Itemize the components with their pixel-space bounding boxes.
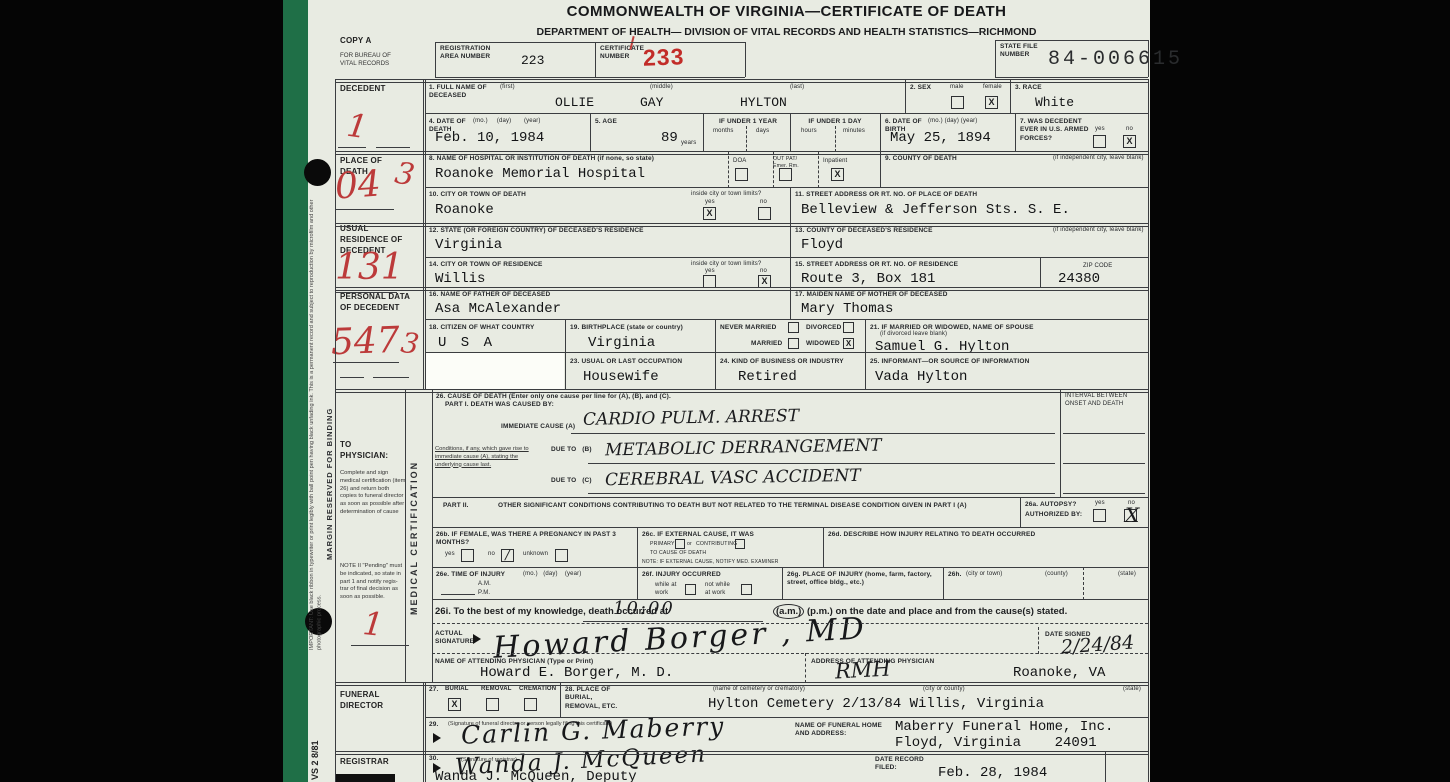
field15-value: Route 3, Box 181 (801, 272, 935, 287)
state-file-label: STATE FILE NUMBER (1000, 43, 1042, 60)
conditions-note: Conditions, if any, which gave rise to i… (435, 446, 540, 469)
field26b-unknown-hint: unknown (523, 551, 548, 559)
grid-line (590, 113, 591, 152)
field8-value: Roanoke Memorial Hospital (435, 167, 645, 182)
field26a-label: 26a. AUTOPSY? (1025, 501, 1076, 509)
grid-line (818, 151, 819, 188)
field26i-post: on the date and place and from the cause… (835, 606, 1067, 617)
cause-b-handwriting: METABOLIC DERRANGEMENT (605, 438, 882, 460)
grid-line (865, 319, 866, 355)
grid-line (790, 287, 791, 320)
part1-label: PART I. DEATH WAS CAUSED BY: (445, 401, 554, 409)
field10-limits-hint: inside city or town limits? (691, 191, 761, 199)
checkbox-inpatient: X (831, 168, 844, 181)
grid-line (1148, 40, 1149, 77)
grid-line (790, 223, 791, 258)
checkbox-armed-forces-no: X (1123, 135, 1136, 148)
field1-label: 1. FULL NAME OF DECEASED (429, 84, 489, 101)
field12-label: 12. STATE (OR FOREIGN COUNTRY) OF DECEAS… (429, 227, 644, 235)
field24-value: Retired (738, 370, 797, 385)
grid-line (1060, 389, 1061, 498)
field7-label: 7. WAS DECEDENT EVER IN U.S. ARMED FORCE… (1020, 118, 1092, 143)
checkbox-autopsy-yes (1093, 509, 1106, 522)
field26c-note: NOTE: IF EXTERNAL CAUSE, NOTIFY MED. EXA… (642, 559, 779, 566)
grid-line (432, 567, 1148, 568)
section-personal: PERSONAL DATA OF DECEDENT (340, 292, 410, 314)
red-mark-decedent: 1 (345, 109, 370, 144)
grid-line (335, 389, 1148, 393)
field25-value: Vada Hylton (875, 370, 967, 385)
grid-line (943, 567, 944, 600)
grid-line (588, 463, 1055, 464)
grid-line (335, 151, 1148, 155)
inpatient-hint: Inpatient (823, 158, 847, 166)
grid-line (432, 389, 433, 683)
red-mark-place-2: 3 (393, 159, 417, 192)
field23-value: Housewife (583, 370, 659, 385)
grid-line (565, 319, 566, 355)
grid-line (1105, 751, 1106, 782)
grid-line (880, 113, 881, 152)
grid-line (571, 433, 1055, 434)
grid-line (335, 292, 397, 293)
certificate-number-label: CERTIFICATE NUMBER (600, 45, 648, 62)
under1year-months: months (713, 128, 734, 136)
grid-line (435, 42, 436, 77)
scanned-death-certificate: IMPORTANT: Use black ribbon in typewrite… (0, 0, 1450, 782)
binding-strip (283, 0, 308, 782)
checkbox-armed-forces-yes (1093, 135, 1106, 148)
certificate-paper: IMPORTANT: Use black ribbon in typewrite… (283, 0, 1150, 782)
grid-line (335, 751, 1148, 755)
field10-label: 10. CITY OR TOWN OF DEATH (429, 191, 526, 199)
field3-label: 3. RACE (1015, 84, 1042, 92)
grid-line (425, 352, 1148, 353)
field1-middle-hint: (middle) (650, 84, 673, 92)
grid-line (588, 493, 1055, 494)
field2-male-hint: male (950, 84, 964, 92)
removal-label: REMOVAL (481, 686, 512, 694)
under1year-label: IF UNDER 1 YEAR (708, 118, 788, 126)
under1day-hours: hours (801, 128, 817, 136)
state-file-value: 84-006615 (1048, 48, 1183, 71)
grid-line (715, 319, 716, 355)
checkbox-pregnancy-yes (461, 549, 474, 562)
under1year-days: days (756, 128, 769, 136)
checkbox-death-city-limits-no (758, 207, 771, 220)
grid-line (340, 377, 364, 378)
field10-yes-hint: yes (705, 199, 715, 207)
grid-line (773, 151, 774, 188)
field26f-label: 26f. INJURY OCCURRED (642, 571, 721, 579)
grid-line (637, 567, 638, 600)
red-mark-personal: 547 (330, 323, 400, 361)
grid-line (432, 623, 1148, 624)
checkbox-external-primary (675, 539, 685, 549)
grid-line (373, 377, 409, 378)
bottom-black-bar (335, 774, 395, 782)
grid-line (1063, 493, 1145, 494)
field26b-yes-hint: yes (445, 551, 455, 559)
field14-value: Willis (435, 272, 485, 287)
funeral-home-label: NAME OF FUNERAL HOME AND ADDRESS: (795, 722, 883, 739)
checkbox-external-contributing (735, 539, 745, 549)
field10-no-hint: no (760, 199, 767, 207)
field21-value: Samuel G. Hylton (875, 340, 1009, 355)
grid-line (335, 682, 1148, 686)
section-registrar: REGISTRAR (340, 757, 389, 768)
field16-value: Asa McAlexander (435, 302, 561, 317)
field26d-label: 26d. DESCRIBE HOW INJURY RELATING TO DEA… (828, 531, 1128, 539)
checkbox-while-at-work (685, 584, 696, 595)
interval-label: INTERVAL BETWEEN ONSET AND DEATH (1065, 393, 1143, 409)
grid-line (335, 287, 1148, 291)
field8-label: 8. NAME OF HOSPITAL OR INSTITUTION OF DE… (429, 155, 719, 163)
grid-line (1040, 257, 1041, 288)
grid-line (823, 527, 824, 568)
grid-line (865, 352, 866, 390)
grid-line (995, 40, 996, 77)
checkbox-pregnancy-no: / (501, 549, 514, 562)
checkbox-autopsy-no: X (1124, 509, 1137, 522)
field4-value: Feb. 10, 1984 (435, 131, 544, 146)
cause-a-handwriting: CARDIO PULM. ARREST (583, 408, 799, 429)
field6-sub: (mo.) (day) (year) (928, 118, 977, 126)
field29-number: 29. (429, 721, 439, 729)
field21-hint: (if divorced leave blank) (880, 331, 947, 339)
funeral-signature-arrow-icon (433, 733, 441, 743)
to-physician-note: Complete and sign medical certification … (340, 470, 406, 517)
field9-hint: (if independent city, leave blank) (1053, 155, 1144, 163)
pending-note: NOTE II "Pending" must be indicated, so … (340, 563, 406, 602)
field18-value: U S A (438, 336, 495, 351)
part2-text: OTHER SIGNIFICANT CONDITIONS CONTRIBUTIN… (498, 502, 978, 510)
certificate-subtitle: DEPARTMENT OF HEALTH— DIVISION OF VITAL … (425, 26, 1148, 38)
red-mark-residence: 131 (335, 250, 404, 286)
field26h-city-hint: (city or town) (966, 571, 1002, 579)
cremation-label: CREMATION (519, 686, 556, 694)
grid-line (995, 40, 1148, 41)
field14-limits-hint: inside city or town limits? (691, 261, 761, 269)
physician-address-handwriting: RMH (834, 659, 891, 683)
red-mark-note: 1 (361, 607, 385, 641)
grid-line (432, 527, 1148, 528)
checkbox-sex-male (951, 96, 964, 109)
field26e-sub: (mo.) (day) (year) (523, 571, 581, 579)
grid-line (1063, 463, 1145, 464)
grid-line (338, 147, 366, 148)
grid-line (790, 113, 791, 152)
grid-line (715, 352, 716, 390)
field28-hint2: (city or county) (923, 686, 965, 694)
field26g-label: 26g. PLACE OF INJURY (home, farm, factor… (787, 571, 932, 588)
field1-last-value: HYLTON (740, 96, 787, 110)
field5-value: 89 (661, 131, 678, 146)
field2-label: 2. SEX (910, 84, 931, 92)
grid-line (560, 682, 561, 718)
grid-line (905, 79, 906, 114)
funeral-home-name: Maberry Funeral Home, Inc. (895, 720, 1113, 735)
grid-line (435, 42, 745, 43)
checkbox-never-married (788, 322, 799, 333)
grid-line (425, 319, 1148, 320)
field3-value: White (1035, 96, 1074, 110)
grid-line (745, 42, 746, 77)
physician-city-value: Roanoke, VA (1013, 666, 1105, 681)
field28-hint1: (name of cemetery or crematory) (713, 686, 805, 694)
certificate-number-stamp: 233 (643, 43, 685, 71)
field5-label: 5. AGE (595, 118, 617, 126)
field1-first-hint: (first) (500, 84, 515, 92)
field6-value: May 25, 1894 (890, 131, 991, 146)
field13-label: 13. COUNTY OF DECEASED'S RESIDENCE (795, 227, 933, 235)
grid-line (405, 389, 406, 683)
field20-never-label: NEVER MARRIED (720, 324, 776, 332)
field7-yes-hint: yes (1095, 126, 1105, 134)
immediate-cause-label: IMMEDIATE CAUSE (A) (501, 423, 575, 431)
grid-line (1083, 567, 1084, 600)
grid-line (728, 151, 729, 188)
field14-label: 14. CITY OR TOWN OF RESIDENCE (429, 261, 543, 269)
form-number: VS 2 8/81 (310, 700, 322, 780)
grid-line (565, 352, 566, 390)
copy-label: COPY A (340, 36, 371, 47)
field20-widowed-label: WIDOWED (806, 340, 840, 348)
doa-hint: DOA (733, 158, 746, 166)
registrar-typed-name: Wanda J. McQueen, Deputy (435, 770, 637, 782)
field26e-pm: P.M. (478, 590, 490, 598)
field11-value: Belleview & Jefferson Sts. S. E. (801, 203, 1070, 218)
field11-label: 11. STREET ADDRESS OR RT. NO. OF PLACE O… (795, 191, 977, 199)
checkbox-widowed: X (843, 338, 854, 349)
death-time-handwriting: 10:00 (613, 600, 675, 618)
grid-line (703, 113, 704, 152)
field20-married-label: MARRIED (751, 340, 782, 348)
signature-arrow-icon (473, 634, 481, 644)
grid-line (333, 362, 399, 363)
grid-line (335, 79, 1148, 83)
field20-divorced-label: DIVORCED (806, 324, 842, 332)
grid-line (336, 209, 394, 210)
checkbox-burial: X (448, 698, 461, 711)
bureau-label: FOR BUREAU OF VITAL RECORDS (340, 52, 395, 69)
section-funeral-director: FUNERAL DIRECTOR (340, 690, 400, 712)
grid-line (376, 147, 410, 148)
grid-line (805, 653, 806, 683)
field26c-tocause: TO CAUSE OF DEATH (650, 550, 706, 557)
field5-unit: years (681, 140, 696, 148)
grid-line (746, 126, 747, 152)
actual-signature-label: ACTUAL SIGNATURE (435, 630, 475, 647)
field10-value: Roanoke (435, 203, 494, 218)
checkbox-divorced (843, 322, 854, 333)
grid-line (435, 77, 745, 78)
grid-line (880, 151, 881, 188)
field26h-label: 26h. (948, 571, 962, 579)
grid-line (423, 79, 426, 390)
grid-line (432, 497, 1148, 498)
checkbox-cremation (524, 698, 537, 711)
cause-c-handwriting: CEREBRAL VASC ACCIDENT (605, 468, 861, 489)
date-filed-value: Feb. 28, 1984 (938, 766, 1047, 781)
grid-line (1020, 497, 1021, 528)
checkbox-married (788, 338, 799, 349)
grid-line (441, 594, 475, 595)
field1-middle-value: GAY (640, 96, 663, 110)
field26c-primary: PRIMARY (650, 541, 675, 548)
field26b-label: 26b. IF FEMALE, WAS THERE A PREGNANCY IN… (436, 531, 626, 548)
grid-line (1038, 627, 1039, 654)
registration-area-value: 223 (521, 54, 544, 68)
field23-label: 23. USUAL OR LAST OCCUPATION (570, 358, 682, 366)
field16-label: 16. NAME OF FATHER OF DECEASED (429, 291, 550, 299)
checkbox-sex-female: X (985, 96, 998, 109)
grid-line (790, 187, 791, 224)
field26c-or: or (687, 541, 692, 548)
field28-hint3: (state) (1123, 686, 1141, 694)
grid-line (425, 717, 1148, 718)
field15-label: 15. STREET ADDRESS OR RT. NO. OF RESIDEN… (795, 261, 958, 269)
grid-line (790, 257, 791, 288)
grid-line (1015, 113, 1016, 152)
date-filed-label: DATE RECORD FILED: (875, 756, 935, 773)
grid-line (637, 527, 638, 568)
field26a-yes-hint: yes (1095, 500, 1105, 508)
due-to-c-label: DUE TO (C) (551, 477, 592, 485)
section-decedent: DECEDENT (340, 84, 386, 95)
checkbox-doa (735, 168, 748, 181)
margin-important-note: IMPORTANT: Use black ribbon in typewrite… (309, 180, 324, 650)
field24-label: 24. KIND OF BUSINESS OR INDUSTRY (720, 358, 844, 366)
red-mark-place: 04 (334, 166, 382, 205)
checkbox-not-while-at-work (741, 584, 752, 595)
field26b-no-hint: no (488, 551, 495, 559)
medical-certification-strip: MEDICAL CERTIFICATION (409, 400, 427, 675)
grid-line (425, 187, 1148, 188)
grid-line (432, 599, 1148, 600)
field4-sub: (mo.) (day) (year) (473, 118, 541, 126)
part2-label: PART II. (443, 502, 469, 510)
grid-line (423, 682, 426, 782)
burial-label: BURIAL (445, 686, 469, 694)
grid-line (425, 113, 1148, 114)
funeral-home-address: Floyd, Virginia 24091 (895, 736, 1097, 751)
field25-label: 25. INFORMANT—OR SOURCE OF INFORMATION (870, 358, 1029, 366)
field18-label: 18. CITIZEN OF WHAT COUNTRY (429, 324, 535, 332)
grid-line (782, 567, 783, 600)
grid-line (595, 42, 596, 77)
checkbox-removal (486, 698, 499, 711)
certificate-title: COMMONWEALTH OF VIRGINIA—CERTIFICATE OF … (425, 3, 1148, 20)
field28-label: 28. PLACE OF BURIAL, REMOVAL, ETC. (565, 686, 627, 711)
grid-line (1010, 79, 1011, 114)
grid-line (995, 77, 1148, 78)
field17-label: 17. MAIDEN NAME OF MOTHER OF DECEASED (795, 291, 948, 299)
field7-no-hint: no (1126, 126, 1133, 134)
checkbox-outpatient (779, 168, 792, 181)
field13-value: Floyd (801, 238, 843, 253)
field1-last-hint: (last) (790, 84, 804, 92)
field28-value: Hylton Cemetery 2/13/84 Willis, Virginia (708, 697, 1044, 712)
field26e-label: 26e. TIME OF INJURY (436, 571, 505, 579)
checkbox-pregnancy-unknown (555, 549, 568, 562)
field2-female-hint: female (983, 84, 1002, 92)
field26f-notwhile: not while at work (705, 582, 737, 598)
under1day-minutes: minutes (843, 128, 865, 136)
physician-name-value: Howard E. Borger, M. D. (480, 666, 673, 681)
redaction-box (426, 353, 564, 389)
field1-first-value: OLLIE (555, 96, 594, 110)
field19-value: Virginia (588, 336, 655, 351)
field26h-county-hint: (county) (1045, 571, 1068, 579)
field17-value: Mary Thomas (801, 302, 893, 317)
field19-label: 19. BIRTHPLACE (state or country) (570, 324, 683, 332)
zip-value: 24380 (1058, 272, 1100, 287)
section-to-physician: TO PHYSICIAN: (340, 440, 400, 462)
grid-line (432, 653, 1148, 654)
due-to-b-label: DUE TO (B) (551, 446, 592, 454)
field26a-label2: AUTHORIZED BY: (1025, 511, 1082, 519)
grid-line (583, 621, 763, 622)
grid-line (1148, 79, 1149, 782)
checkbox-death-city-limits-yes: X (703, 207, 716, 220)
field26c-contributing: CONTRIBUTING (696, 541, 737, 548)
registration-area-label: REGISTRATION AREA NUMBER (440, 45, 498, 62)
field26h-state-hint: (state) (1118, 571, 1136, 579)
zip-label: ZIP CODE (1083, 263, 1112, 271)
field9-label: 9. COUNTY OF DEATH (885, 155, 957, 163)
field27-number: 27. (429, 686, 439, 694)
grid-line (351, 645, 409, 646)
grid-line (335, 79, 336, 782)
grid-line (835, 126, 836, 152)
grid-line (1063, 433, 1145, 434)
field12-value: Virginia (435, 238, 502, 253)
red-mark-personal-2: 3 (399, 329, 421, 359)
field13-hint: (if independent city, leave blank) (1053, 227, 1144, 235)
field26f-while: while at work (655, 582, 681, 598)
grid-line (335, 223, 1148, 227)
field26e-am: A.M. (478, 581, 491, 589)
